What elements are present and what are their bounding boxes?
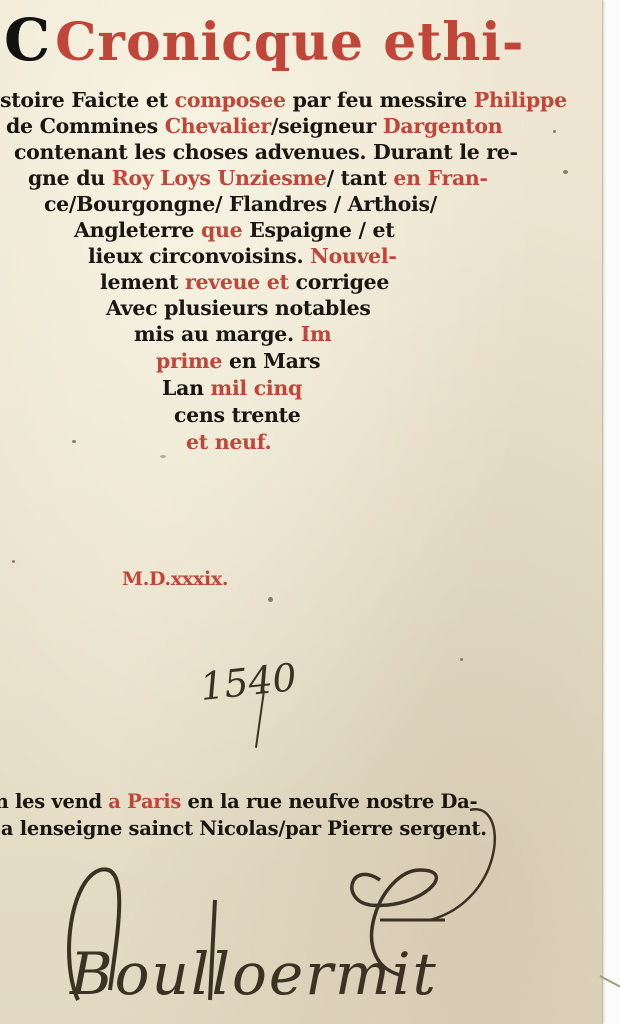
title-page: CCronicque ethi- stoire Faicte et compos… [0, 0, 603, 1024]
signature-flourish [0, 0, 602, 1024]
